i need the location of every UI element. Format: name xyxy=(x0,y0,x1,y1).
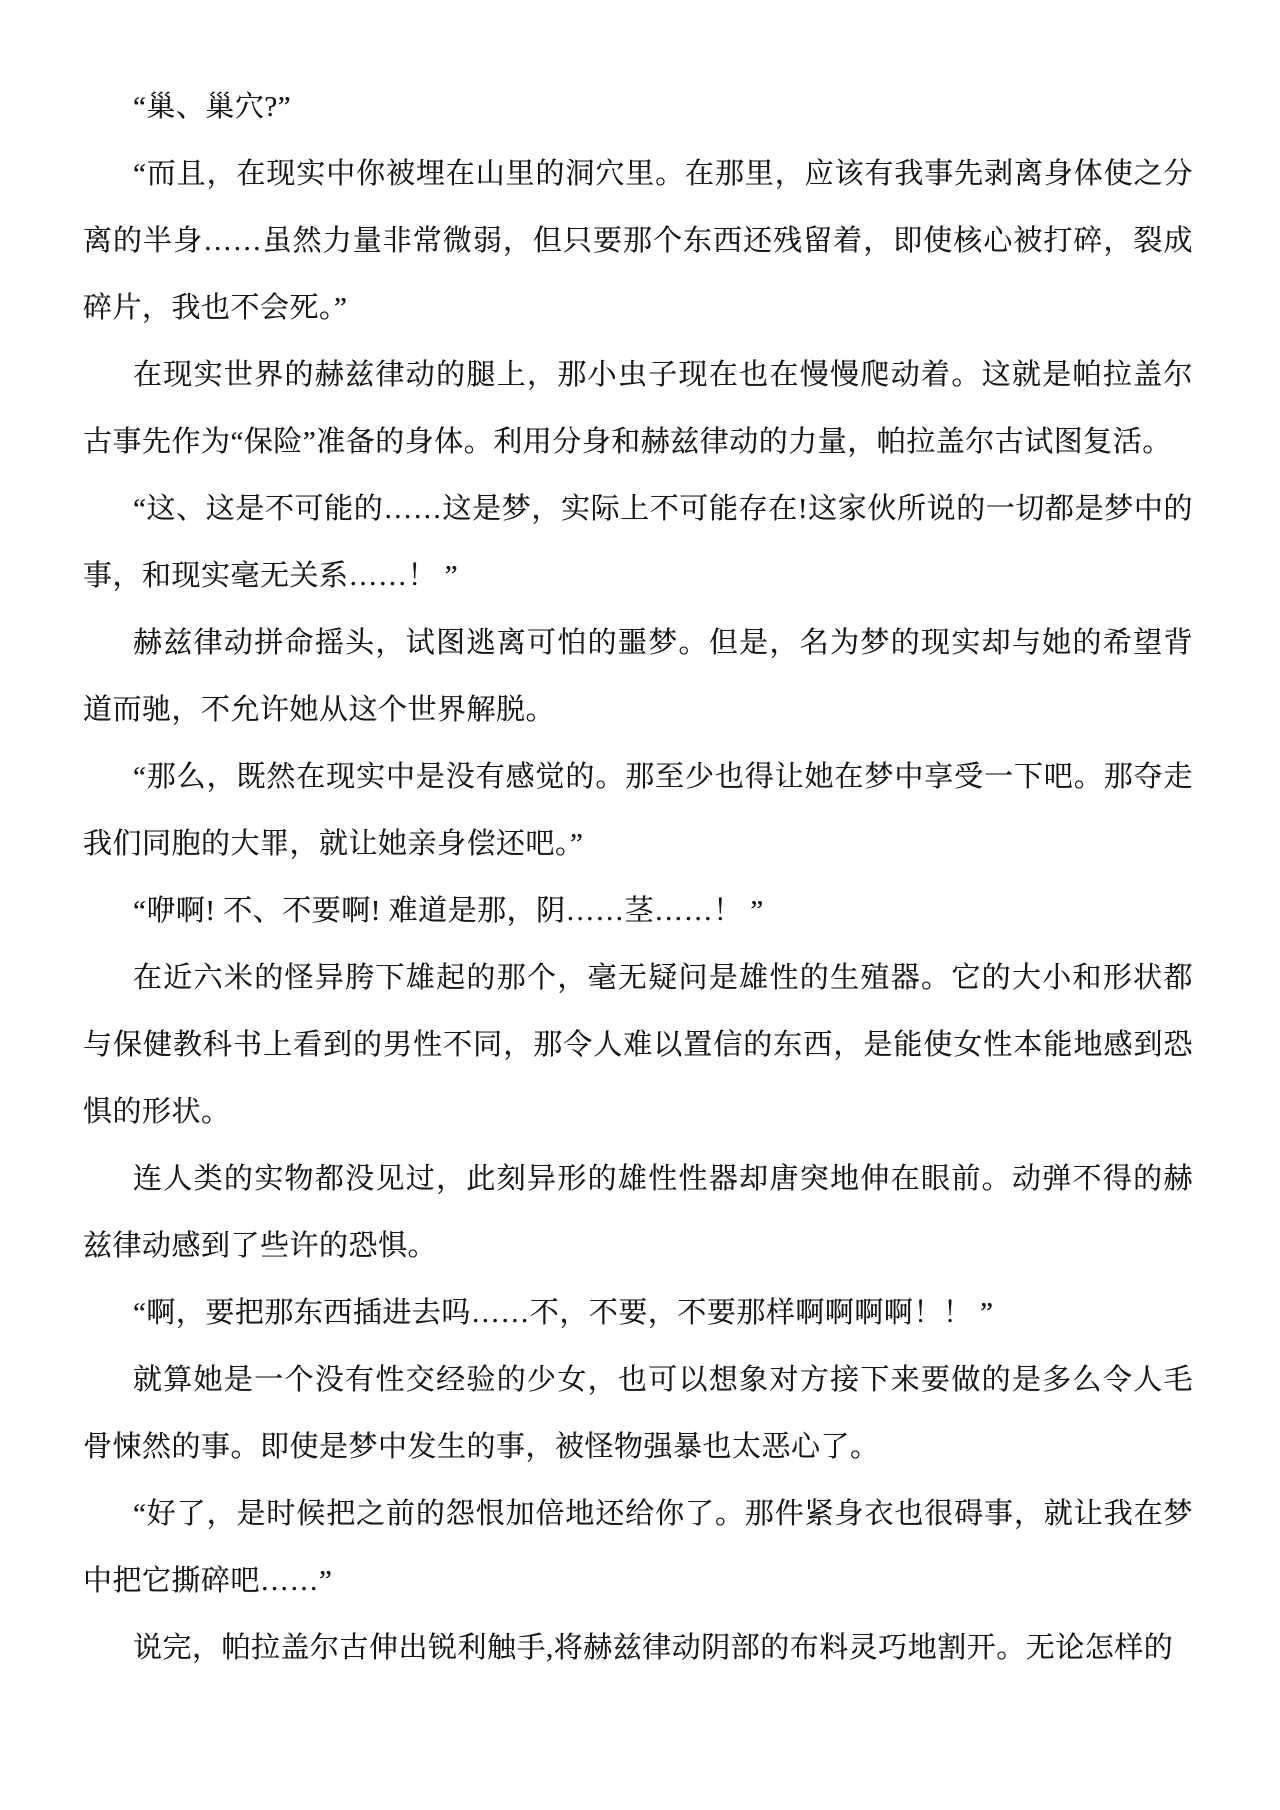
paragraph: “咿啊! 不、不要啊! 难道是那，阴……茎……！ ” xyxy=(83,878,1193,945)
novel-text-block: “巢、巢穴?” “而且，在现实中你被埋在山里的洞穴里。在那里，应该有我事先剥离身… xyxy=(83,74,1193,1682)
paragraph: 在现实世界的赫兹律动的腿上，那小虫子现在也在慢慢爬动着。这就是帕拉盖尔古事先作为… xyxy=(83,342,1193,476)
paragraph: “好了，是时候把之前的怨恨加倍地还给你了。那件紧身衣也很碍事，就让我在梦中把它撕… xyxy=(83,1481,1193,1615)
paragraph: 在近六米的怪异胯下雄起的那个，毫无疑问是雄性的生殖器。它的大小和形状都与保健教科… xyxy=(83,945,1193,1146)
paragraph: “啊，要把那东西插进去吗……不，不要，不要那样啊啊啊啊！！ ” xyxy=(83,1280,1193,1347)
paragraph: “这、这是不可能的……这是梦，实际上不可能存在!这家伙所说的一切都是梦中的事，和… xyxy=(83,476,1193,610)
paragraph: “巢、巢穴?” xyxy=(83,74,1193,141)
paragraph: “而且，在现实中你被埋在山里的洞穴里。在那里，应该有我事先剥离身体使之分离的半身… xyxy=(83,141,1193,342)
paragraph: 说完，帕拉盖尔古伸出锐利触手,将赫兹律动阴部的布料灵巧地割开。无论怎样的 xyxy=(83,1615,1193,1682)
document-page: “巢、巢穴?” “而且，在现实中你被埋在山里的洞穴里。在那里，应该有我事先剥离身… xyxy=(0,0,1280,1810)
paragraph: 就算她是一个没有性交经验的少女，也可以想象对方接下来要做的是多么令人毛骨悚然的事… xyxy=(83,1347,1193,1481)
paragraph: “那么，既然在现实中是没有感觉的。那至少也得让她在梦中享受一下吧。那夺走我们同胞… xyxy=(83,744,1193,878)
paragraph: 连人类的实物都没见过，此刻异形的雄性性器却唐突地伸在眼前。动弹不得的赫兹律动感到… xyxy=(83,1146,1193,1280)
paragraph: 赫兹律动拼命摇头，试图逃离可怕的噩梦。但是，名为梦的现实却与她的希望背道而驰，不… xyxy=(83,610,1193,744)
